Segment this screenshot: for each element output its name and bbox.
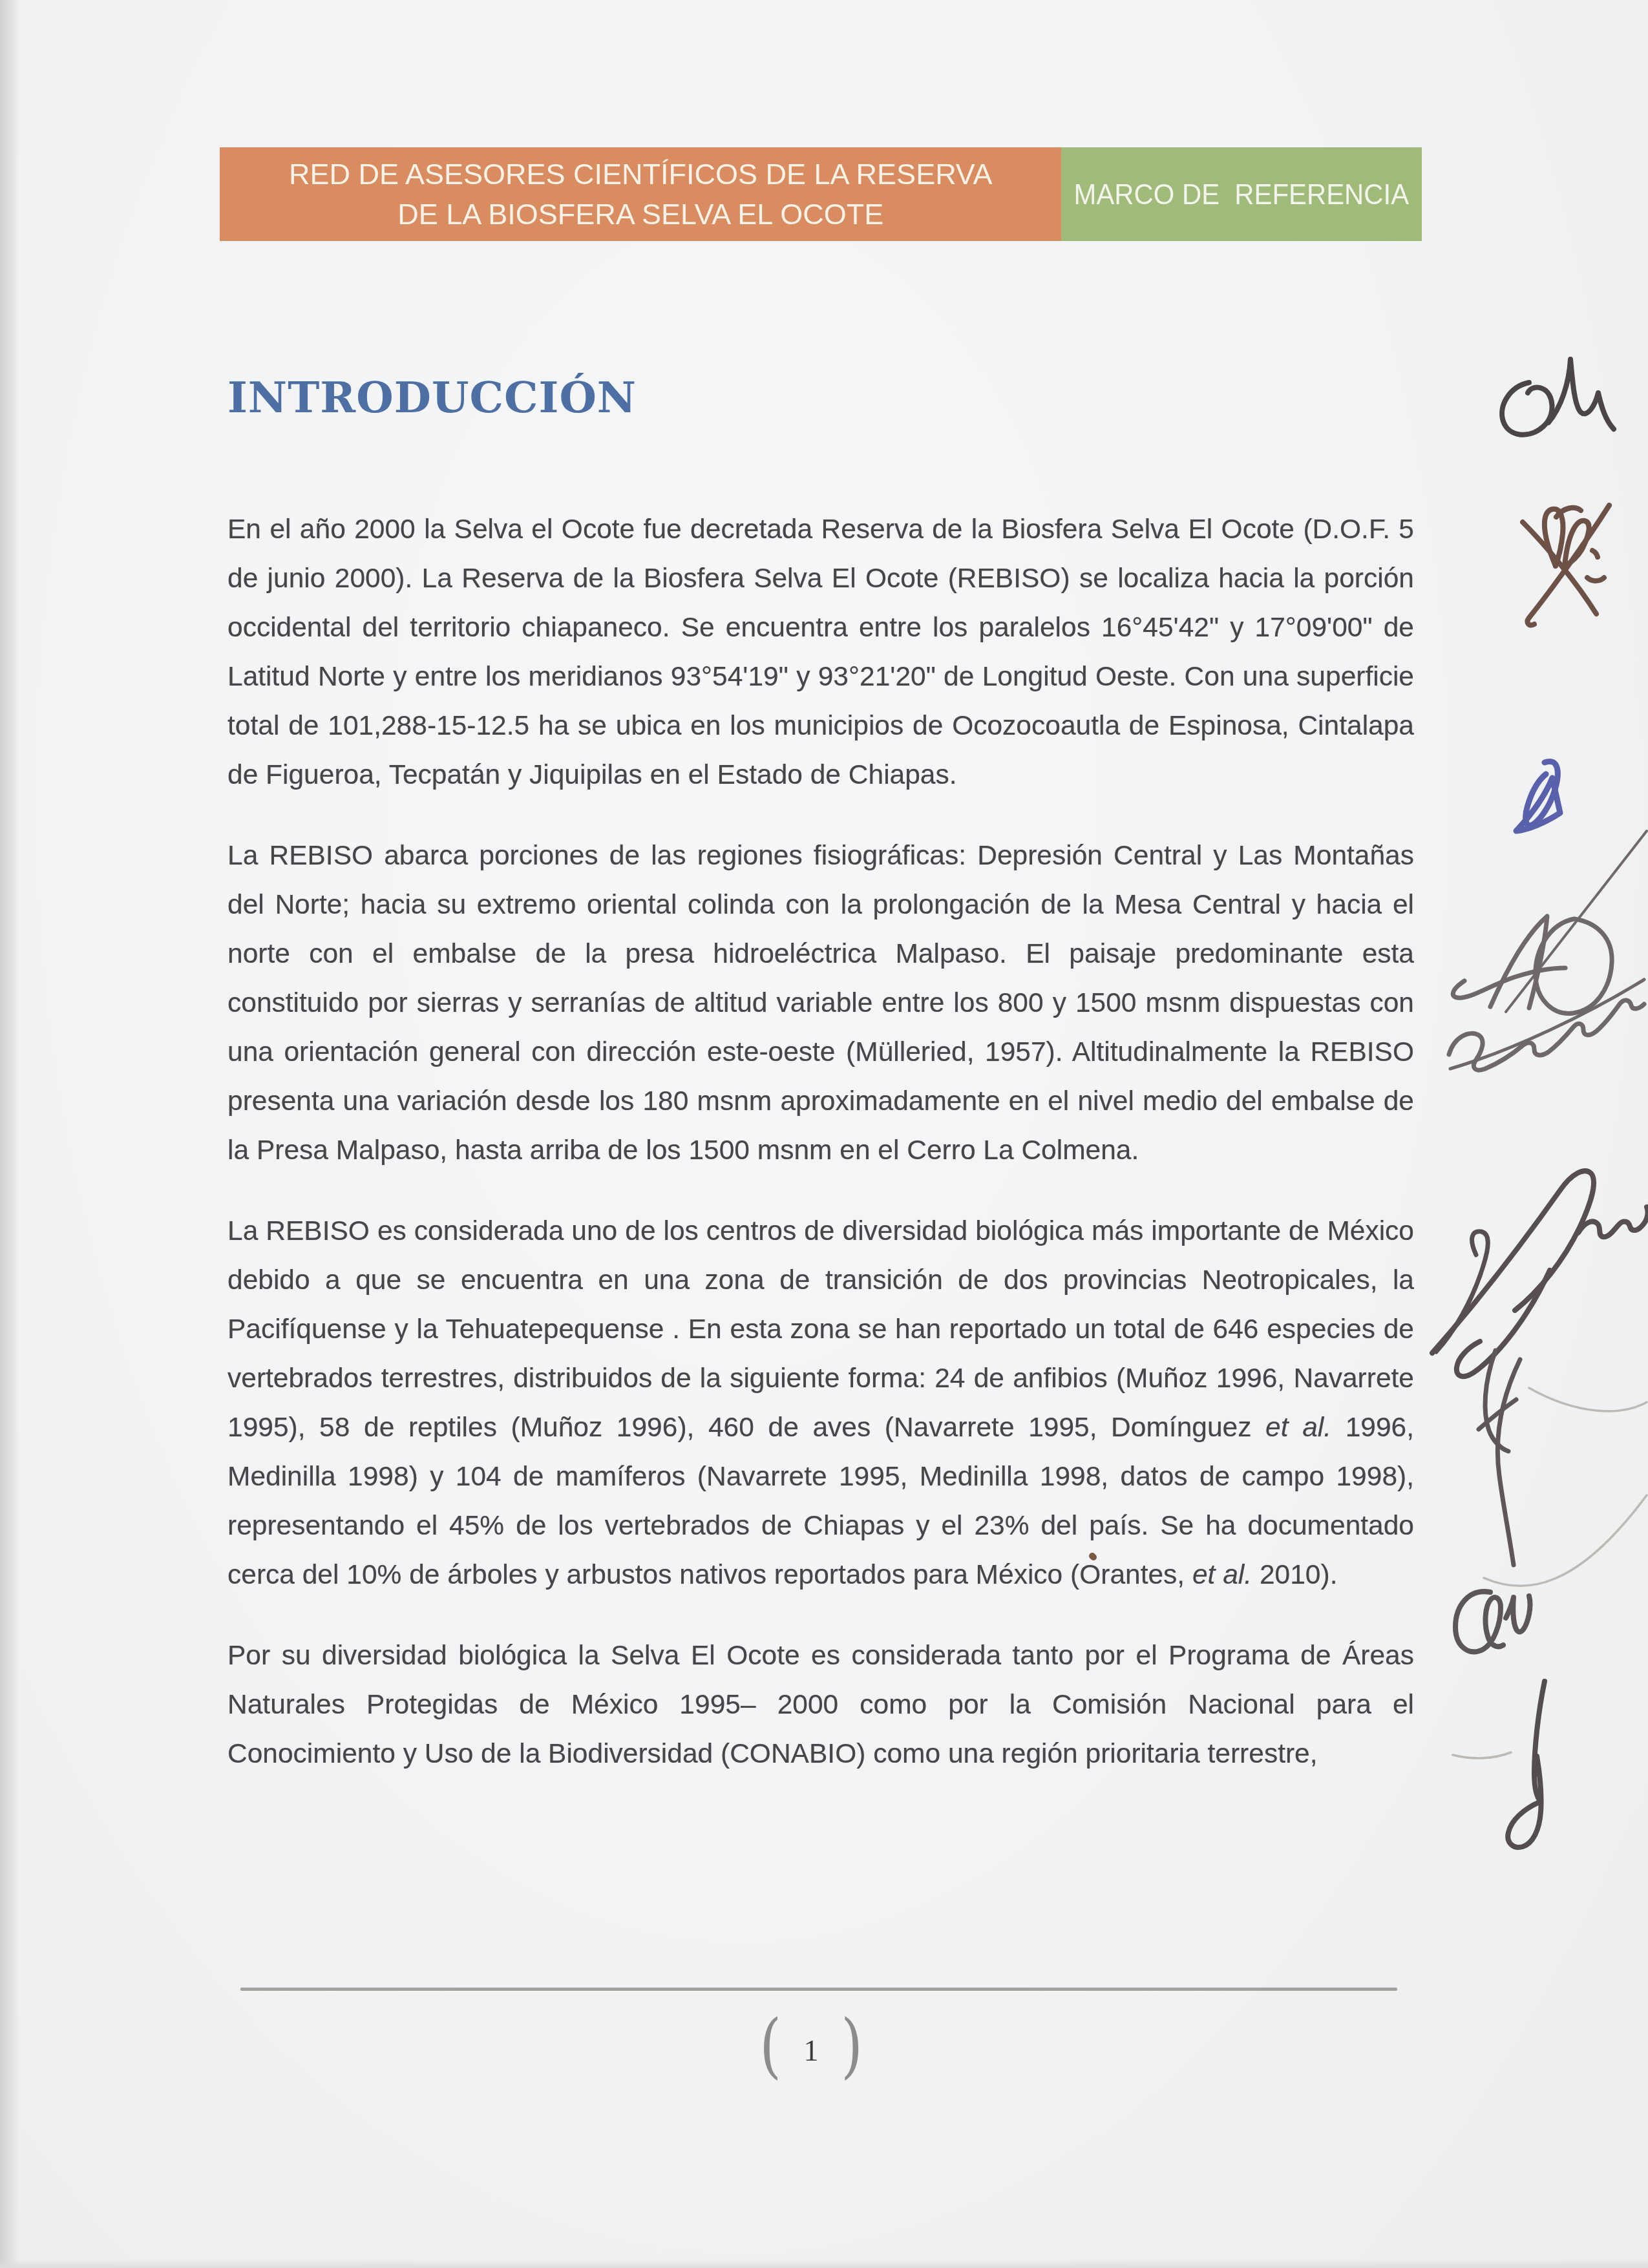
text-run: 2010). [1252, 1560, 1337, 1590]
blue-ink-initial-signature [1516, 761, 1560, 831]
page-number: ( 1 ) [730, 2002, 892, 2099]
paragraph: La REBISO es considerada uno de los cent… [227, 1207, 1414, 1600]
paragraphs: En el año 2000 la Selva el Ocote fue dec… [227, 505, 1414, 1811]
footer-rule [240, 1988, 1397, 1991]
large-signature-scrawl [1449, 831, 1647, 1070]
bracket-right-icon: ) [841, 2011, 863, 2089]
header-banner: RED DE ASESORES CIENTÍFICOS DE LA RESERV… [220, 147, 1422, 241]
diagonal-signature [1432, 1171, 1648, 1376]
header-banner-orange-text: RED DE ASESORES CIENTÍFICOS DE LA RESERV… [270, 154, 1011, 235]
faint-pencil-arcs [1453, 1388, 1647, 1758]
text-run: La REBISO es considerada uno de los cent… [227, 1216, 1414, 1443]
text-run: En el año 2000 la Selva el Ocote fue dec… [227, 514, 1414, 790]
header-banner-green-text: MARCO DE REFERENCIA [1074, 178, 1410, 211]
handwritten-initials-top-signature [1502, 359, 1614, 435]
x-flourish-signature [1479, 1350, 1520, 1565]
paragraph: En el año 2000 la Selva el Ocote fue dec… [227, 505, 1414, 800]
j-flourish-signature [1508, 1681, 1545, 1847]
section-title: INTRODUCCIÓN [227, 372, 637, 423]
page-number-value: 1 [804, 2033, 819, 2068]
italic-run: et al. [1192, 1560, 1252, 1590]
initials-lower-signature [1455, 1591, 1530, 1652]
header-banner-green: MARCO DE REFERENCIA [1061, 147, 1422, 241]
scan-edge-shadow [0, 0, 19, 2268]
text-run: Por su diversidad biológica la Selva El … [227, 1641, 1414, 1769]
scanned-document-page: RED DE ASESORES CIENTÍFICOS DE LA RESERV… [0, 0, 1648, 2268]
italic-run: et al. [1265, 1412, 1331, 1443]
header-banner-orange: RED DE ASESORES CIENTÍFICOS DE LA RESERV… [220, 147, 1061, 241]
bracket-left-icon: ( [760, 2011, 782, 2089]
crossed-flourish-signature [1523, 505, 1609, 625]
scan-bottom-shadow [0, 2259, 1648, 2268]
text-run: La REBISO abarca porciones de las region… [227, 841, 1414, 1166]
paragraph: La REBISO abarca porciones de las region… [227, 832, 1414, 1175]
paragraph: Por su diversidad biológica la Selva El … [227, 1632, 1414, 1779]
